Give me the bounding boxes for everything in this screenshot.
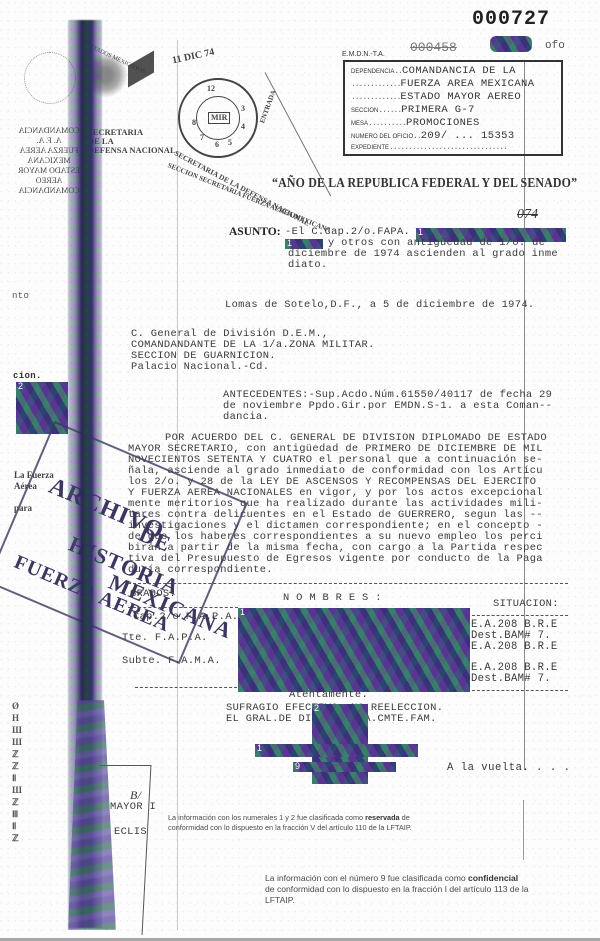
- left-margin-fragment: nto: [12, 291, 29, 303]
- table-top-rule: [128, 583, 568, 584]
- seccion-value: PRIMERA G-7: [401, 104, 475, 116]
- mesa-value: PROMOCIONES: [406, 117, 480, 129]
- dependencia-line-1: COMANDANCIA DE LA: [402, 65, 516, 77]
- scanned-document-page: 000727 000458 ofo E.M.D.N.-T.A. DEPENDEN…: [0, 0, 600, 941]
- place-date: Lomas de Sotelo,D.F., a 5 de diciembre d…: [225, 300, 535, 312]
- struck-number: 000458: [410, 40, 457, 55]
- seal-digit: 12: [207, 84, 215, 94]
- margin-fragment: MAYOR I: [110, 802, 156, 814]
- reserved-classification-note: La información con los numerales 1 y 2 f…: [168, 813, 418, 833]
- table-bottom-rule: [472, 690, 568, 691]
- oficio-label: NUMERO DEL OFICIO: [351, 134, 413, 140]
- col-grados-header: GRADOS:: [130, 589, 176, 601]
- corner-mark: ofo: [545, 40, 565, 52]
- recipient-line-4: Palacio Nacional.-Cd.: [131, 362, 269, 374]
- seal-digit: 7: [200, 133, 204, 143]
- redaction-block: 1: [255, 744, 418, 757]
- seal-digit: 6: [215, 140, 219, 150]
- redaction-block: 9: [293, 762, 396, 772]
- seccion-label: SECCION: [351, 108, 378, 114]
- row-grado: Cap.2/o.F.A.P.A.: [133, 612, 238, 624]
- mesa-label: MESA: [351, 121, 368, 127]
- seal-center-mark: MIR: [208, 112, 230, 124]
- received-date-scrawl: 11 DIC 74: [171, 48, 215, 67]
- year-motto: “AÑO DE LA REPUBLICA FEDERAL Y DEL SENAD…: [272, 175, 577, 191]
- agency-code: E.M.D.N.-T.A.: [342, 51, 385, 58]
- dependencia-line-3: ESTADO MAYOR AEREO: [400, 91, 521, 103]
- margin-fragment: B/: [130, 790, 141, 802]
- dependency-header-box: DEPENDENCIA..COMANDANCIA DE LA .........…: [343, 60, 563, 156]
- margin-note: para: [14, 503, 32, 513]
- seal-side-text: ENTRADA: [257, 89, 278, 125]
- asunto-line-4: diato.: [288, 260, 328, 272]
- row-situacion: E.A.208 B.R.E: [471, 642, 558, 654]
- seal-digit: 8: [192, 118, 196, 128]
- expediente-label: EXPEDIENTE: [351, 145, 389, 151]
- margin-note: La Fuerza: [14, 470, 54, 480]
- asunto-label: ASUNTO:: [229, 226, 281, 238]
- document-number: 000727: [472, 8, 550, 31]
- continued-overleaf: A la vuelta. . . .: [447, 762, 570, 774]
- left-margin-fragment: cion.: [13, 371, 42, 383]
- folio-mark: 074: [517, 207, 538, 223]
- closing-atentamente: Atentamente.: [289, 690, 368, 702]
- row-grado: Tte. F.A.P.A.: [122, 633, 208, 645]
- row-grado: Subte. F.A.M.A.: [122, 656, 221, 668]
- antecedentes-line-3: dancia.: [223, 412, 269, 424]
- antecedentes-line-2: de noviembre Ppdo.Gir.por EMDN.S-1. a es…: [223, 401, 552, 413]
- row-situacion: Dest.BAM# 7.: [471, 674, 551, 686]
- table-header-rule: [472, 615, 568, 616]
- dependencia-label: DEPENDENCIA: [351, 69, 394, 75]
- oficio-value: 209/ ... 15353: [421, 130, 515, 142]
- table-header-rule: [128, 607, 238, 608]
- dependencia-line-2: FUERZA AREA MEXICANA: [400, 78, 534, 90]
- redaction-block: 1: [238, 608, 470, 692]
- seal-digit: 5: [228, 138, 232, 148]
- table-bottom-rule: [135, 687, 237, 688]
- asunto-line-3: diciembre de 1974 ascienden al grado inm…: [288, 249, 558, 261]
- fold-line: [523, 800, 524, 860]
- seal-digit: 3: [241, 104, 245, 114]
- margin-fragment: ECLIS: [114, 827, 147, 839]
- crest-flag-mark: [128, 50, 154, 87]
- redaction-block: [490, 36, 532, 52]
- confidential-classification-note: La información con el número 9 fue clasi…: [265, 873, 530, 906]
- col-situacion-header: SITUACION:: [493, 599, 559, 611]
- col-nombres-header: N O M B R E S :: [283, 593, 382, 605]
- seal-digit: 4: [241, 122, 245, 132]
- margin-note: Aérea: [14, 481, 37, 491]
- left-margin-column: ØHШШℤℤⅡШℤⅢⅡℤ: [12, 700, 22, 844]
- seal-outer-text: SECCION SECRETARIA FUERZA AEREA MEXICANA: [166, 160, 332, 235]
